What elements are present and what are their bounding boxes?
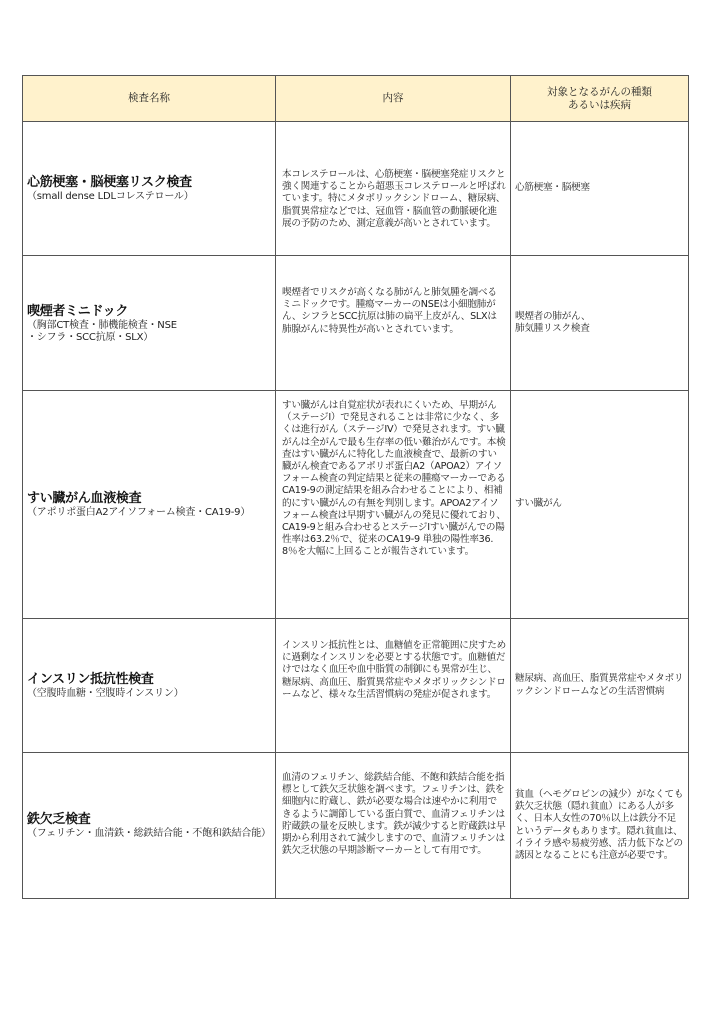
exam-description: 血清のフェリチン、総鉄結合能、不飽和鉄結合能を指標として鉄欠乏状態を調べます。フ…: [282, 756, 506, 857]
exam-name: 心筋梗塞・脳梗塞リスク検査: [27, 174, 271, 191]
exam-name-cell: インスリン抵抗性検査 （空腹時血糖・空腹時インスリン）: [23, 619, 276, 753]
exam-name-cell: すい臓がん血液検査 （アポリポ蛋白A2アイソフォーム検査・CA19-9）: [23, 391, 276, 619]
target-cell: 喫煙者の肺がん、 肺気腫リスク検査: [511, 256, 689, 391]
table-row: 喫煙者ミニドック （胸部CT検査・肺機能検査・NSE ・シフラ・SCC抗原・SL…: [23, 256, 689, 391]
target-disease: 心筋梗塞・脳梗塞: [515, 182, 684, 194]
exam-subtitle: （アポリポ蛋白A2アイソフォーム検査・CA19-9）: [27, 507, 271, 519]
exam-name-cell: 心筋梗塞・脳梗塞リスク検査 （small dense LDLコレステロール）: [23, 122, 276, 256]
target-cell: 貧血（ヘモグロビンの減少）がなくても鉄欠乏状態（隠れ貧血）にある人が多く、日本人…: [511, 753, 689, 899]
header-content: 内容: [276, 76, 511, 122]
table-row: 心筋梗塞・脳梗塞リスク検査 （small dense LDLコレステロール） 本…: [23, 122, 689, 256]
exam-subtitle: （small dense LDLコレステロール）: [27, 191, 271, 203]
exam-name: 喫煙者ミニドック: [27, 303, 271, 320]
content-cell: 喫煙者でリスクが高くなる肺がんと肺気腫を調べるミニドックです。腫瘍マーカーのNS…: [276, 256, 511, 391]
exam-description: 本コレステロールは、心筋梗塞・脳梗塞発症リスクと強く関連することから超悪玉コレス…: [282, 147, 506, 230]
target-disease: 貧血（ヘモグロビンの減少）がなくても鉄欠乏状態（隠れ貧血）にある人が多く、日本人…: [515, 789, 684, 862]
header-target: 対象となるがんの種類 あるいは疾病: [511, 76, 689, 122]
content-cell: すい臓がんは自覚症状が表れにくいため、早期がん（ステージI）で発見されることは非…: [276, 391, 511, 619]
content-cell: 本コレステロールは、心筋梗塞・脳梗塞発症リスクと強く関連することから超悪玉コレス…: [276, 122, 511, 256]
exam-name: すい臓がん血液検査: [27, 490, 271, 507]
target-cell: すい臓がん: [511, 391, 689, 619]
exam-name: 鉄欠乏検査: [27, 811, 271, 828]
exam-subtitle: （空腹時血糖・空腹時インスリン）: [27, 688, 271, 700]
exam-name-cell: 喫煙者ミニドック （胸部CT検査・肺機能検査・NSE ・シフラ・SCC抗原・SL…: [23, 256, 276, 391]
content-cell: インスリン抵抗性とは、血糖値を正常範囲に戻すために過剰なインスリンを必要とする状…: [276, 619, 511, 753]
exam-subtitle: （胸部CT検査・肺機能検査・NSE ・シフラ・SCC抗原・SLX）: [27, 320, 271, 344]
target-disease: 喫煙者の肺がん、 肺気腫リスク検査: [515, 311, 684, 335]
exam-table: 検査名称 内容 対象となるがんの種類 あるいは疾病 心筋梗塞・脳梗塞リスク検査 …: [22, 75, 689, 899]
exam-description: インスリン抵抗性とは、血糖値を正常範囲に戻すために過剰なインスリンを必要とする状…: [282, 622, 506, 701]
target-disease: 糖尿病、高血圧、脂質異常症やメタボリックシンドロームなどの生活習慣病: [515, 673, 684, 697]
target-cell: 心筋梗塞・脳梗塞: [511, 122, 689, 256]
table-row: 鉄欠乏検査 （フェリチン・血清鉄・総鉄結合能・不飽和鉄結合能） 血清のフェリチン…: [23, 753, 689, 899]
exam-description: 喫煙者でリスクが高くなる肺がんと肺気腫を調べるミニドックです。腫瘍マーカーのNS…: [282, 259, 506, 336]
table-row: インスリン抵抗性検査 （空腹時血糖・空腹時インスリン） インスリン抵抗性とは、血…: [23, 619, 689, 753]
target-cell: 糖尿病、高血圧、脂質異常症やメタボリックシンドロームなどの生活習慣病: [511, 619, 689, 753]
exam-name: インスリン抵抗性検査: [27, 671, 271, 688]
exam-subtitle: （フェリチン・血清鉄・総鉄結合能・不飽和鉄結合能）: [27, 828, 271, 840]
target-disease: すい臓がん: [515, 498, 684, 510]
header-exam-name: 検査名称: [23, 76, 276, 122]
exam-description: すい臓がんは自覚症状が表れにくいため、早期がん（ステージI）で発見されることは非…: [282, 394, 506, 559]
table-row: すい臓がん血液検査 （アポリポ蛋白A2アイソフォーム検査・CA19-9） すい臓…: [23, 391, 689, 619]
content-cell: 血清のフェリチン、総鉄結合能、不飽和鉄結合能を指標として鉄欠乏状態を調べます。フ…: [276, 753, 511, 899]
exam-name-cell: 鉄欠乏検査 （フェリチン・血清鉄・総鉄結合能・不飽和鉄結合能）: [23, 753, 276, 899]
table-header-row: 検査名称 内容 対象となるがんの種類 あるいは疾病: [23, 76, 689, 122]
